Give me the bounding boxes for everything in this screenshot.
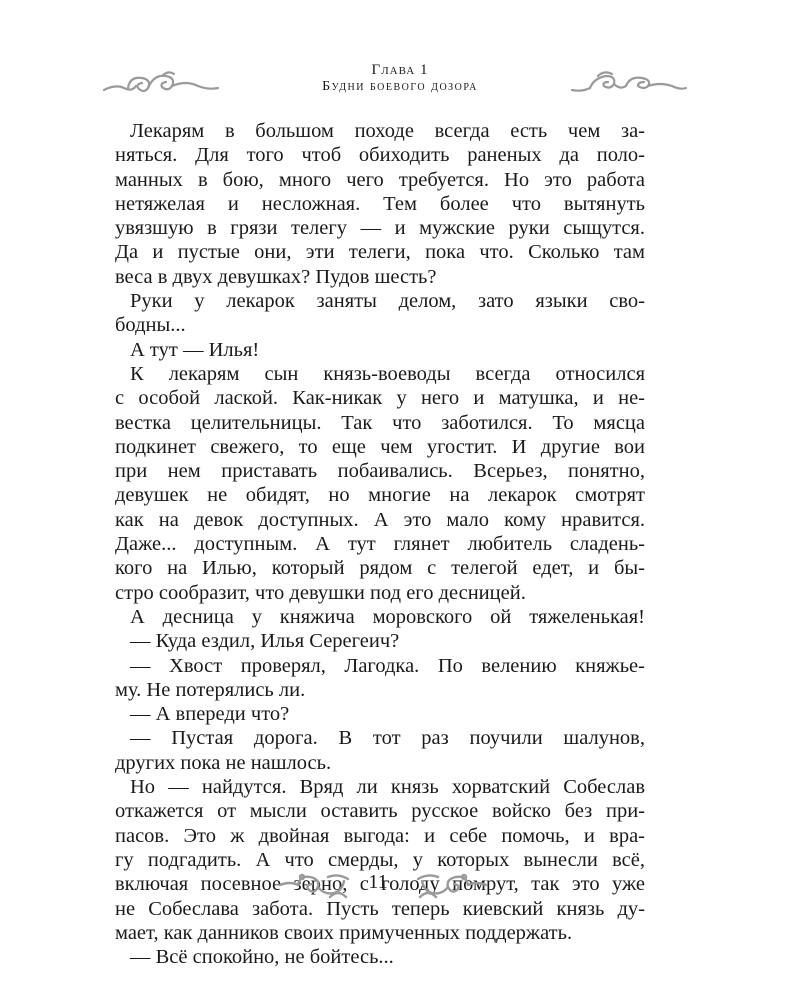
text-line: Лекарям в большом походе всегда есть чем…: [115, 119, 645, 143]
text-line: К лекарям сын князь-воеводы всегда относ…: [115, 362, 645, 386]
text-line: мает, как данников своих примученных под…: [115, 921, 645, 945]
text-line: А десница у княжича моровского ой тяжеле…: [115, 605, 645, 629]
text-line: других пока не нашлось.: [115, 751, 645, 775]
text-line: — А впереди что?: [115, 702, 645, 726]
text-line: вестка целительницы. Так что заботился. …: [115, 411, 645, 435]
running-header: Глава 1 Будни боевого дозора: [100, 62, 700, 102]
body-text: Лекарям в большом походе всегда есть чем…: [115, 119, 645, 969]
text-line: — Пустая дорога. В тот раз поучили шалун…: [115, 726, 645, 750]
text-line: стро сообразит, что девушки под его десн…: [115, 581, 645, 605]
text-line: няться. Для того чтоб обиходить раненых …: [115, 143, 645, 167]
text-line: пасов. Это ж двойная выгода: и себе помо…: [115, 824, 645, 848]
page-number: 11: [358, 871, 398, 894]
text-line: подкинет свежего, то еще чем угостит. И …: [115, 435, 645, 459]
text-line: му. Не потерялись ли.: [115, 678, 645, 702]
text-line: нетяжелая и несложная. Тем более что выт…: [115, 192, 645, 216]
text-line: А тут — Илья!: [115, 338, 645, 362]
text-line: Руки у лекарок заняты делом, зато языки …: [115, 289, 645, 313]
scroll-ornament-icon: [408, 871, 488, 901]
text-line: Даже... доступным. А тут глянет любитель…: [115, 532, 645, 556]
page-footer: 11: [270, 867, 530, 903]
scroll-ornament-icon: [278, 871, 358, 901]
text-line: — Всё спокойно, не бойтесь...: [115, 945, 645, 969]
text-line: с особой лаской. Как-никак у него и мату…: [115, 386, 645, 410]
text-line: Но — найдутся. Вряд ли князь хорватский …: [115, 775, 645, 799]
text-line: манных в бою, много чего требуется. Но э…: [115, 168, 645, 192]
text-line: девушек не обидят, но многие на лекарок …: [115, 483, 645, 507]
text-line: бодны...: [115, 313, 645, 337]
text-line: Да и пустые они, эти телеги, пока что. С…: [115, 240, 645, 264]
text-line: как на девок доступных. А это мало кому …: [115, 508, 645, 532]
text-line: увязшую в грязи телегу — и мужские руки …: [115, 216, 645, 240]
text-line: — Куда ездил, Илья Серегеич?: [115, 629, 645, 653]
scroll-ornament-icon: [568, 68, 688, 96]
text-line: откажется от мысли оставить русское войс…: [115, 799, 645, 823]
text-line: веса в двух девушках? Пудов шесть?: [115, 265, 645, 289]
text-line: при нем приставать побаивались. Всерьез,…: [115, 459, 645, 483]
text-line: — Хвост проверял, Лагодка. По велению кн…: [115, 654, 645, 678]
text-line: кого на Илью, который рядом с телегой ед…: [115, 556, 645, 580]
